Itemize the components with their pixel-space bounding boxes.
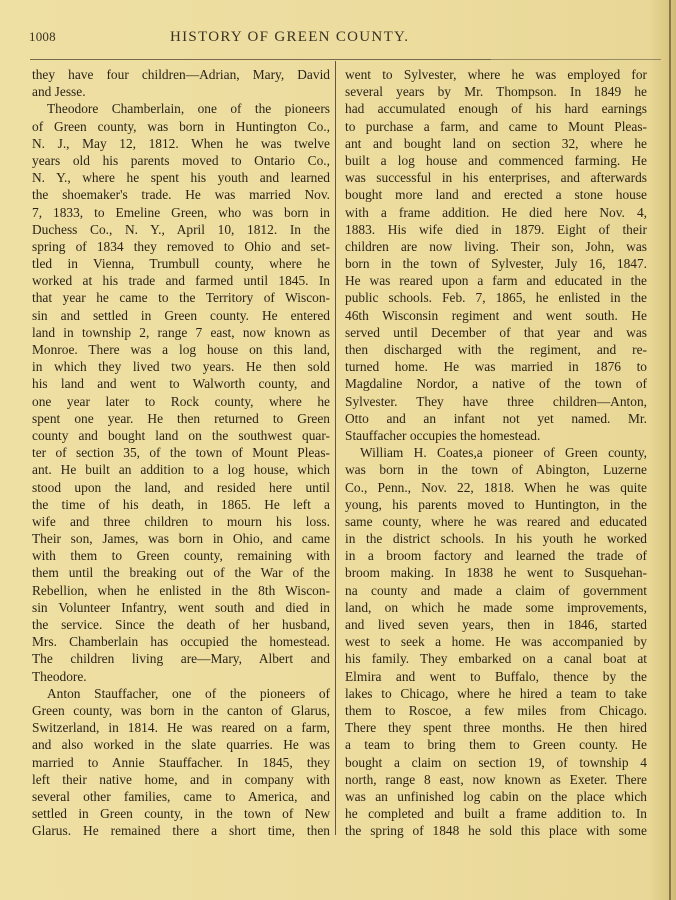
text-line: lakes to Chicago, where he hired a team … <box>345 685 647 702</box>
text-line: the time of his death, in 1865. He left … <box>32 496 330 513</box>
text-line: young, his parents moved to Huntington, … <box>345 496 647 513</box>
text-line: land in township 2, range 7 east, now kn… <box>32 324 330 341</box>
text-line: turned home. He was married in 1876 to <box>345 358 647 375</box>
text-line: the service. Since the death of her husb… <box>32 616 330 633</box>
text-line: Glarus. He remained there a short time, … <box>32 822 330 839</box>
text-line: and Jesse. <box>32 83 330 100</box>
text-line: Stauffacher occupies the homestead. <box>345 427 647 444</box>
text-line: Rebellion, when he enlisted in the 8th W… <box>32 582 330 599</box>
text-line: in a broom factory and learned the trade… <box>345 547 647 564</box>
page-number: 1008 <box>29 29 56 45</box>
text-line: the shoemaker's trade. He was married No… <box>32 186 330 203</box>
page-header: 1008 HISTORY OF GREEN COUNTY. <box>29 29 491 51</box>
text-line: his family. They embarked on a canal boa… <box>345 650 647 667</box>
text-line: and lived seven years, then in 1846, sta… <box>345 616 647 633</box>
text-line: Duchess Co., N. Y., April 10, 1812. In t… <box>32 221 330 238</box>
right-column: went to Sylvester, where he was employed… <box>345 66 647 839</box>
text-line: 1883. His wife died in 1879. Eight of th… <box>345 221 647 238</box>
text-line: bought more land and erected a stone hou… <box>345 186 647 203</box>
text-line: that year he came to the Territory of Wi… <box>32 289 330 306</box>
text-line: ant and bought land on section 32, where… <box>345 135 647 152</box>
text-line: wife and three children to mourn his los… <box>32 513 330 530</box>
text-line: was successful in his enterprises, and a… <box>345 169 647 186</box>
header-rule-right <box>491 59 661 60</box>
text-line: in the district schools. In his youth he… <box>345 530 647 547</box>
text-line: them to Roscoe, a few miles from Chicago… <box>345 702 647 719</box>
text-line: Switzerland, in 1814. He was reared on a… <box>32 719 330 736</box>
running-title: HISTORY OF GREEN COUNTY. <box>170 29 409 46</box>
text-line: Theodore Chamberlain, one of the pioneer… <box>32 100 330 117</box>
text-line: Theodore. <box>32 668 330 685</box>
text-line: Their son, James, was born in Ohio, and … <box>32 530 330 547</box>
text-line: William H. Coates,a pioneer of Green cou… <box>345 444 647 461</box>
text-line: spent one year. He then returned to Gree… <box>32 410 330 427</box>
text-line: 46th Wisconsin regiment and went south. … <box>345 307 647 324</box>
text-line: county and bought land on the southwest … <box>32 427 330 444</box>
text-line: Sylvester. They have three children—Anto… <box>345 393 647 410</box>
text-line: with a frame addition. He died here Nov.… <box>345 204 647 221</box>
text-line: Anton Stauffacher, one of the pioneers o… <box>32 685 330 702</box>
text-line: built a log house and commenced farming.… <box>345 152 647 169</box>
text-line: west to seek a home. He was accompanied … <box>345 633 647 650</box>
text-line: several other families, came to America,… <box>32 788 330 805</box>
text-line: sin Volunteer Infantry, went south and d… <box>32 599 330 616</box>
text-line: Otto and an infant not yet named. Mr. <box>345 410 647 427</box>
text-line: went to Sylvester, where he was employed… <box>345 66 647 83</box>
text-line: broom making. In 1838 he went to Susqueh… <box>345 564 647 581</box>
text-line: was born in the town of Abington, Luzern… <box>345 461 647 478</box>
text-line: north, range 8 east, now known as Exeter… <box>345 771 647 788</box>
text-line: the spring of 1848 he sold this place wi… <box>345 822 647 839</box>
text-line: served until December of that year and w… <box>345 324 647 341</box>
text-line: with them to Green county, remaining wit… <box>32 547 330 564</box>
text-line: left their native home, and in company w… <box>32 771 330 788</box>
text-line: Magdaline Nordor, a native of the town o… <box>345 375 647 392</box>
header-rule <box>30 59 491 60</box>
text-line: them until the breaking out of the War o… <box>32 564 330 581</box>
text-line: The children living are—Mary, Albert and <box>32 650 330 667</box>
text-line: N. J., May 12, 1812. When he was twelve <box>32 135 330 152</box>
text-line: ter of section 35, of the town of Mount … <box>32 444 330 461</box>
text-line: same county, where he was reared and edu… <box>345 513 647 530</box>
text-line: stood upon the land, and resided here un… <box>32 479 330 496</box>
text-line: Monroe. There was a log house on this la… <box>32 341 330 358</box>
text-line: He was reared upon a farm and educated i… <box>345 272 647 289</box>
text-line: Co., Penn., Nov. 22, 1818. When he was q… <box>345 479 647 496</box>
text-line: Mrs. Chamberlain has occupied the homest… <box>32 633 330 650</box>
text-line: several years by Mr. Thompson. In 1849 h… <box>345 83 647 100</box>
text-line: tled in Vienna, Trumbull county, where h… <box>32 255 330 272</box>
book-page: 1008 HISTORY OF GREEN COUNTY. they have … <box>0 0 676 900</box>
text-line: was an unfinished log cabin on the place… <box>345 788 647 805</box>
text-line: married to Annie Stauffacher. In 1845, t… <box>32 754 330 771</box>
text-line: na county and made a claim of government <box>345 582 647 599</box>
text-line: had accumulated enough of his hard earni… <box>345 100 647 117</box>
text-line: land, on which he made some improvements… <box>345 599 647 616</box>
text-line: public schools. Feb. 7, 1865, he enliste… <box>345 289 647 306</box>
text-line: ant. He built an addition to a log house… <box>32 461 330 478</box>
text-line: Green county, was born in the canton of … <box>32 702 330 719</box>
text-line: his land and went to Walworth county, an… <box>32 375 330 392</box>
text-line: one year later to Rock county, where he <box>32 393 330 410</box>
text-line: they have four children—Adrian, Mary, Da… <box>32 66 330 83</box>
text-line: in which they lived two years. He then s… <box>32 358 330 375</box>
text-line: to purchase a farm, and came to Mount Pl… <box>345 118 647 135</box>
column-divider <box>335 61 336 835</box>
text-line: he completed and built a frame addition … <box>345 805 647 822</box>
text-line: N. Y., where he spent his youth and lear… <box>32 169 330 186</box>
text-line: then discharged with the regiment, and r… <box>345 341 647 358</box>
text-line: of Green county, was born in Huntington … <box>32 118 330 135</box>
text-line: bought a claim on section 19, of townshi… <box>345 754 647 771</box>
text-line: worked at his trade and farmed until 184… <box>32 272 330 289</box>
text-line: a team to bring them to Green county. He <box>345 736 647 753</box>
page-edge <box>669 0 671 900</box>
text-line: 7, 1833, to Emeline Green, who was born … <box>32 204 330 221</box>
text-line: sin and settled in Green county. He ente… <box>32 307 330 324</box>
text-line: settled in Green county, in the town of … <box>32 805 330 822</box>
text-line: spring of 1834 they removed to Ohio and … <box>32 238 330 255</box>
text-line: and also worked in the slate quarries. H… <box>32 736 330 753</box>
text-line: There they spent three months. He then h… <box>345 719 647 736</box>
text-line: born in the town of Sylvester, July 16, … <box>345 255 647 272</box>
text-line: Elmira and went to Buffalo, thence by th… <box>345 668 647 685</box>
text-line: children are now living. Their son, John… <box>345 238 647 255</box>
text-line: years old his parents moved to Ontario C… <box>32 152 330 169</box>
left-column: they have four children—Adrian, Mary, Da… <box>32 66 330 839</box>
